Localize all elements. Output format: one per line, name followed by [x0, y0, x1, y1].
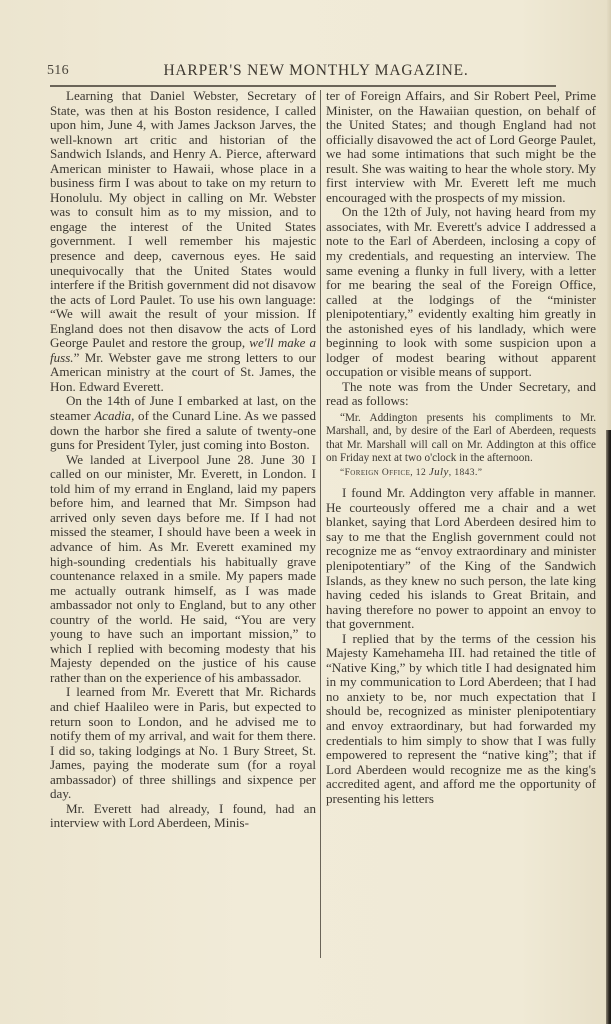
paragraph: I learned from Mr. Everett that Mr. Rich…	[50, 685, 316, 801]
quoted-letter: “Mr. Addington presents his compliments …	[326, 412, 596, 465]
paragraph-continued: ter of Foreign Affairs, and Sir Robert P…	[326, 89, 596, 205]
column-divider	[320, 90, 321, 958]
paragraph: I found Mr. Addington very affable in ma…	[326, 486, 596, 631]
left-column: Learning that Daniel Webster, Secretary …	[50, 89, 316, 831]
page-edge-upper	[607, 0, 611, 430]
running-head: 516 HARPER'S NEW MONTHLY MAGAZINE.	[47, 60, 555, 82]
right-column: ter of Foreign Affairs, and Sir Robert P…	[326, 89, 596, 806]
paragraph: I replied that by the terms of the cessi…	[326, 632, 596, 807]
paragraph: Mr. Everett had already, I found, had an…	[50, 802, 316, 831]
paragraph-text: ” Mr. Webster gave me strong letters to …	[50, 350, 316, 394]
signature-text: “Foreign Office, 12	[340, 468, 429, 478]
header-rule	[50, 85, 556, 87]
signature-month: July	[429, 466, 449, 478]
letter-signature: “Foreign Office, 12 July, 1843.”	[326, 466, 596, 479]
paragraph: On the 14th of June I embarked at last, …	[50, 394, 316, 452]
signature-text: , 1843.”	[449, 468, 483, 478]
paragraph: On the 12th of July, not having heard fr…	[326, 205, 596, 380]
paragraph: Learning that Daniel Webster, Secretary …	[50, 89, 316, 394]
ship-name: Acadia	[94, 408, 131, 423]
paragraph-text: Learning that Daniel Webster, Secretary …	[50, 88, 316, 350]
book-spine-shadow	[606, 430, 611, 1024]
journal-title: HARPER'S NEW MONTHLY MAGAZINE.	[47, 62, 555, 80]
paragraph: The note was from the Under Secretary, a…	[326, 380, 596, 409]
paragraph: We landed at Liverpool June 28. June 30 …	[50, 453, 316, 686]
